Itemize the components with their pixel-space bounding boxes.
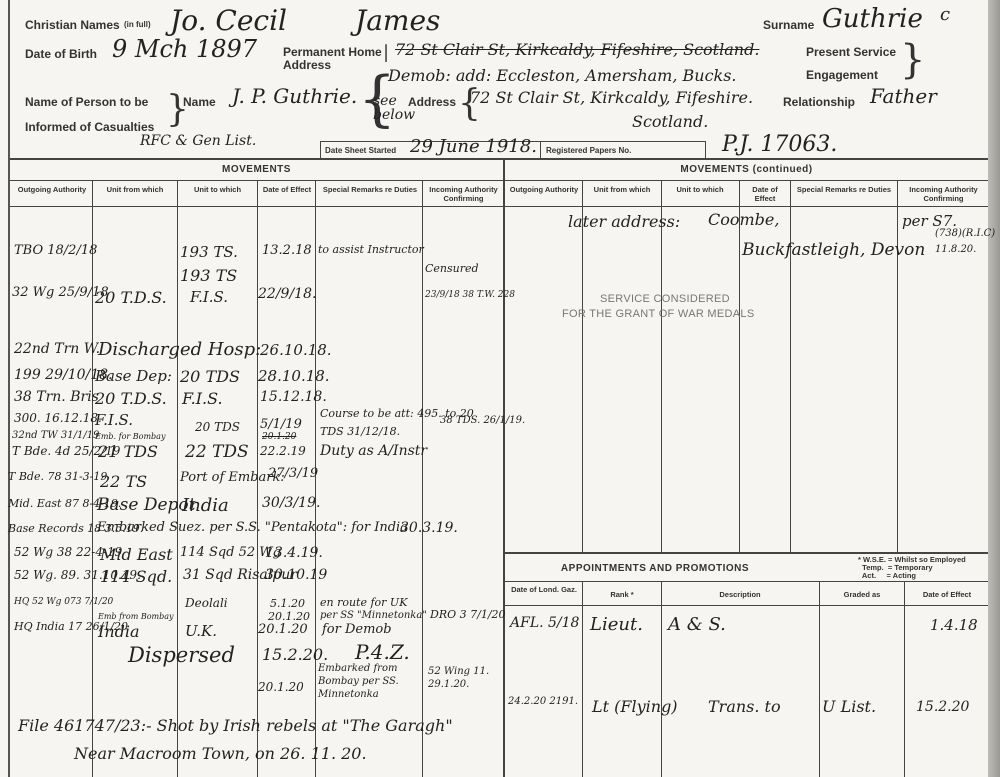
column-divider [661, 581, 662, 777]
column-header-date-of-effect: Date of Effect [906, 590, 988, 599]
column-divider [177, 180, 178, 777]
column-header-gazette-date: Date of Lond. Gaz. [508, 585, 580, 594]
movement-remarks: P.4.Z. [355, 640, 410, 664]
next-of-kin-address-2: Scotland. [632, 112, 708, 131]
column-divider [819, 581, 820, 777]
movement-outgoing: 300. 16.12.18. [14, 411, 102, 425]
column-header-outgoing-authority: Outgoing Authority [12, 185, 92, 194]
column-header-date-of-effect: Date of Effect [262, 185, 312, 194]
rank-abbreviation-legend: * W.S.E. = Whilst so Employed Temp. = Te… [858, 556, 966, 580]
divider [505, 605, 988, 606]
movement-to: F.I.S. [182, 389, 223, 408]
movements-title: MOVEMENTS [10, 164, 503, 175]
movement-outgoing: T Bde. 78 31-3-19 [8, 470, 107, 483]
movement-confirming: DRO 3 7/1/20 [430, 608, 506, 621]
movement-remarks: en route for UK [320, 596, 407, 609]
permanent-home-label-2: Address [283, 58, 331, 72]
movement-remarks: Embarked from Bombay per SS. Minnetonka [318, 662, 423, 701]
column-divider [897, 180, 898, 552]
movement-date: 30.3.19. [400, 520, 458, 536]
movement-from: Base Dep: [95, 367, 172, 385]
movement-date: 22.2.19 [260, 444, 306, 458]
column-header-unit-from: Unit from which [100, 185, 170, 194]
demob-address: Demob: add: Eccleston, Amersham, Bucks. [388, 66, 737, 85]
movement-remarks: for Demob [322, 622, 392, 637]
column-header-date-of-effect: Date of Effect [741, 185, 789, 203]
movement-confirming: Censured [425, 262, 479, 275]
movement-date: 27/3/19 [268, 466, 318, 481]
see-below-note: see below [373, 94, 403, 122]
movement-date: 13.2.18 [262, 243, 312, 258]
date-of-birth-label: Date of Birth [25, 47, 97, 61]
movement-from: 22 TS [100, 472, 147, 491]
column-header-description: Description [664, 590, 816, 599]
movement-from: 20 T.D.S. [95, 389, 167, 408]
movement-outgoing: TBO 18/2/18 [14, 243, 97, 258]
date-of-birth-value: 9 Mch 1897 [112, 35, 257, 63]
service-record-card: Christian Names (in full) Jo. Cecil Jame… [0, 0, 1000, 777]
movement-date-struck: 20.1.20 [262, 432, 296, 442]
appointment-gazette: 24.2.20 2191. [508, 696, 578, 708]
card-right-edge [988, 0, 1000, 777]
column-divider [582, 581, 583, 777]
movement-to: 20 TDS [180, 367, 240, 386]
person-to-inform-label: Name of Person to be [25, 95, 148, 109]
column-header-special-remarks: Special Remarks re Duties [793, 185, 895, 194]
file-note: File 461747/23:- Shot by Irish rebels at… [18, 716, 453, 735]
movement-to: 20 TDS [195, 420, 240, 434]
appointment-graded-as: U List. [822, 697, 876, 716]
movement-confirming: 38 TDS. 26/1/19. [440, 415, 525, 426]
center-divider [503, 158, 505, 777]
confirming-note-3: 11.8.20. [935, 244, 976, 255]
column-header-unit-to: Unit to which [185, 185, 250, 194]
column-divider [661, 180, 662, 552]
movement-date: 26.10.18. [260, 341, 332, 359]
movement-to: Deolali [185, 596, 228, 610]
movement-date: 15.12.18. [260, 389, 327, 405]
column-header-incoming-authority: Incoming Authority Confirming [424, 185, 503, 203]
movement-outgoing: 38 Trn. Bris [14, 389, 99, 405]
header-divider [10, 158, 988, 160]
column-divider [739, 180, 740, 552]
movement-date: 28.10.18. [258, 367, 330, 385]
movement-to: U.K. [185, 622, 217, 640]
movement-from: F.I.S. [95, 411, 133, 429]
relationship-value: Father [870, 84, 937, 108]
christian-names-value-2: James [355, 4, 440, 37]
movement-from: India [98, 622, 140, 641]
movement-to: India [182, 495, 229, 516]
present-service-label: Present Service [806, 45, 896, 59]
relationship-label: Relationship [783, 95, 855, 109]
date-sheet-started-value: 29 June 1918. [410, 136, 537, 157]
movement-outgoing: 32nd TW 31/1/19 [12, 430, 99, 441]
movement-to: 22 TDS [185, 442, 249, 462]
appointment-description: A & S. [668, 614, 726, 635]
appointment-rank: Lt (Flying) [592, 697, 678, 716]
file-note-2: Near Macroom Town, on 26. 11. 20. [74, 744, 367, 763]
address-label: Address [408, 95, 456, 109]
movement-date: 22/9/18. [258, 286, 316, 302]
engagement-label: Engagement [806, 68, 878, 82]
movement-date: 20.1.20 [258, 622, 308, 637]
movement-from: 21 TDS [98, 442, 158, 461]
christian-names-value: Jo. Cecil [170, 4, 287, 37]
later-address-line-1: Coombe, [708, 210, 779, 229]
war-medals-stamp-line-2: FOR THE GRANT OF WAR MEDALS [562, 308, 754, 320]
permanent-home-value-struck: 72 St Clair St, Kirkcaldy, Fifeshire, Sc… [395, 40, 759, 59]
divider [10, 206, 503, 207]
christian-names-label: Christian Names [25, 18, 120, 32]
registered-papers-value: P.J. 17063. [722, 132, 837, 157]
divider [505, 581, 988, 582]
column-header-unit-from: Unit from which [586, 185, 658, 194]
column-header-rank: Rank * [586, 590, 658, 599]
brace: | [383, 42, 389, 63]
appointment-effect-date: 15.2.20 [916, 699, 969, 715]
movement-from: Discharged Hosp: [98, 339, 261, 360]
movement-from: Base Depot [97, 495, 195, 515]
movement-from: Embarked Suez. per S.S. "Pentakota": for… [97, 520, 408, 535]
confirming-note-2: (738)(R.I.C) [935, 228, 995, 239]
column-header-incoming-authority: Incoming Authority Confirming [899, 185, 988, 203]
movement-from: 20 T.D.S. [95, 288, 167, 307]
appointments-divider [505, 552, 988, 554]
next-of-kin-name: J. P. Guthrie. [232, 84, 357, 108]
appointment-description: Trans. to [708, 697, 781, 716]
appointment-rank: Lieut. [590, 614, 643, 635]
column-header-graded-as: Graded as [822, 590, 902, 599]
movement-confirming: 23/9/18 38 T.W. 228 [425, 290, 515, 300]
brace: } [900, 40, 925, 80]
movement-date: 5.1.20 [270, 597, 305, 610]
permanent-home-label: Permanent Home [283, 45, 382, 59]
movement-to: 193 TS. [180, 243, 238, 261]
movement-confirming: 52 Wing 11. 29.1.20. [428, 665, 498, 691]
column-header-special-remarks: Special Remarks re Duties [320, 185, 420, 194]
movement-from: Dispersed [128, 643, 235, 667]
surname-value: Guthrie [822, 4, 923, 34]
movement-date: 20.1.20 [258, 680, 304, 694]
movement-remarks: per SS "Minnetonka" [320, 610, 427, 621]
column-header-outgoing-authority: Outgoing Authority [508, 185, 580, 194]
movement-to: F.I.S. [190, 288, 228, 306]
divider [505, 180, 988, 181]
appointments-title: APPOINTMENTS AND PROMOTIONS [505, 563, 805, 574]
person-to-inform-label-2: Informed of Casualties [25, 120, 154, 134]
war-medals-stamp-line-1: SERVICE CONSIDERED [600, 293, 730, 305]
column-divider [582, 180, 583, 552]
next-of-kin-address: 72 St Clair St, Kirkcaldy, Fifeshire. [470, 88, 753, 107]
movement-date: 13.4.19. [265, 545, 323, 561]
date-sheet-started-label: Date Sheet Started [325, 146, 396, 155]
surname-label: Surname [763, 18, 814, 32]
card-left-edge [8, 0, 10, 777]
surname-mark: c [940, 4, 950, 25]
divider [540, 141, 541, 158]
movement-from: Emb. for Bombay [95, 432, 165, 441]
divider [505, 206, 988, 207]
movements-continued-title: MOVEMENTS (continued) [505, 164, 988, 175]
movement-date: 30/3/19. [262, 495, 320, 511]
corps-note: RFC & Gen List. [140, 133, 256, 149]
movement-to: 193 TS [180, 266, 237, 285]
movement-remarks: to assist Instructor [318, 243, 424, 256]
later-address-line-2: Buckfastleigh, Devon [742, 240, 925, 260]
movement-from: 114 Sqd. [100, 567, 172, 586]
appointment-effect-date: 1.4.18 [930, 616, 978, 634]
movement-date: 5/1/19 [260, 417, 302, 432]
column-header-unit-to: Unit to which [664, 185, 736, 194]
appointment-gazette: AFL. 5/18 [510, 615, 579, 631]
registered-papers-label: Registered Papers No. [546, 146, 631, 155]
name-label: Name [183, 95, 216, 109]
later-address-label: later address: [568, 212, 680, 231]
movement-outgoing: 22nd Trn W. [14, 341, 100, 357]
movement-from: Mid East [100, 545, 173, 564]
movement-date: 30.10.19 [265, 567, 327, 583]
column-divider [790, 180, 791, 552]
christian-names-sub-label: (in full) [124, 20, 151, 29]
column-divider [904, 581, 905, 777]
movement-outgoing: HQ 52 Wg 073 7/1/20 [14, 597, 113, 607]
movement-remarks: Duty as A/Instr [320, 443, 427, 459]
